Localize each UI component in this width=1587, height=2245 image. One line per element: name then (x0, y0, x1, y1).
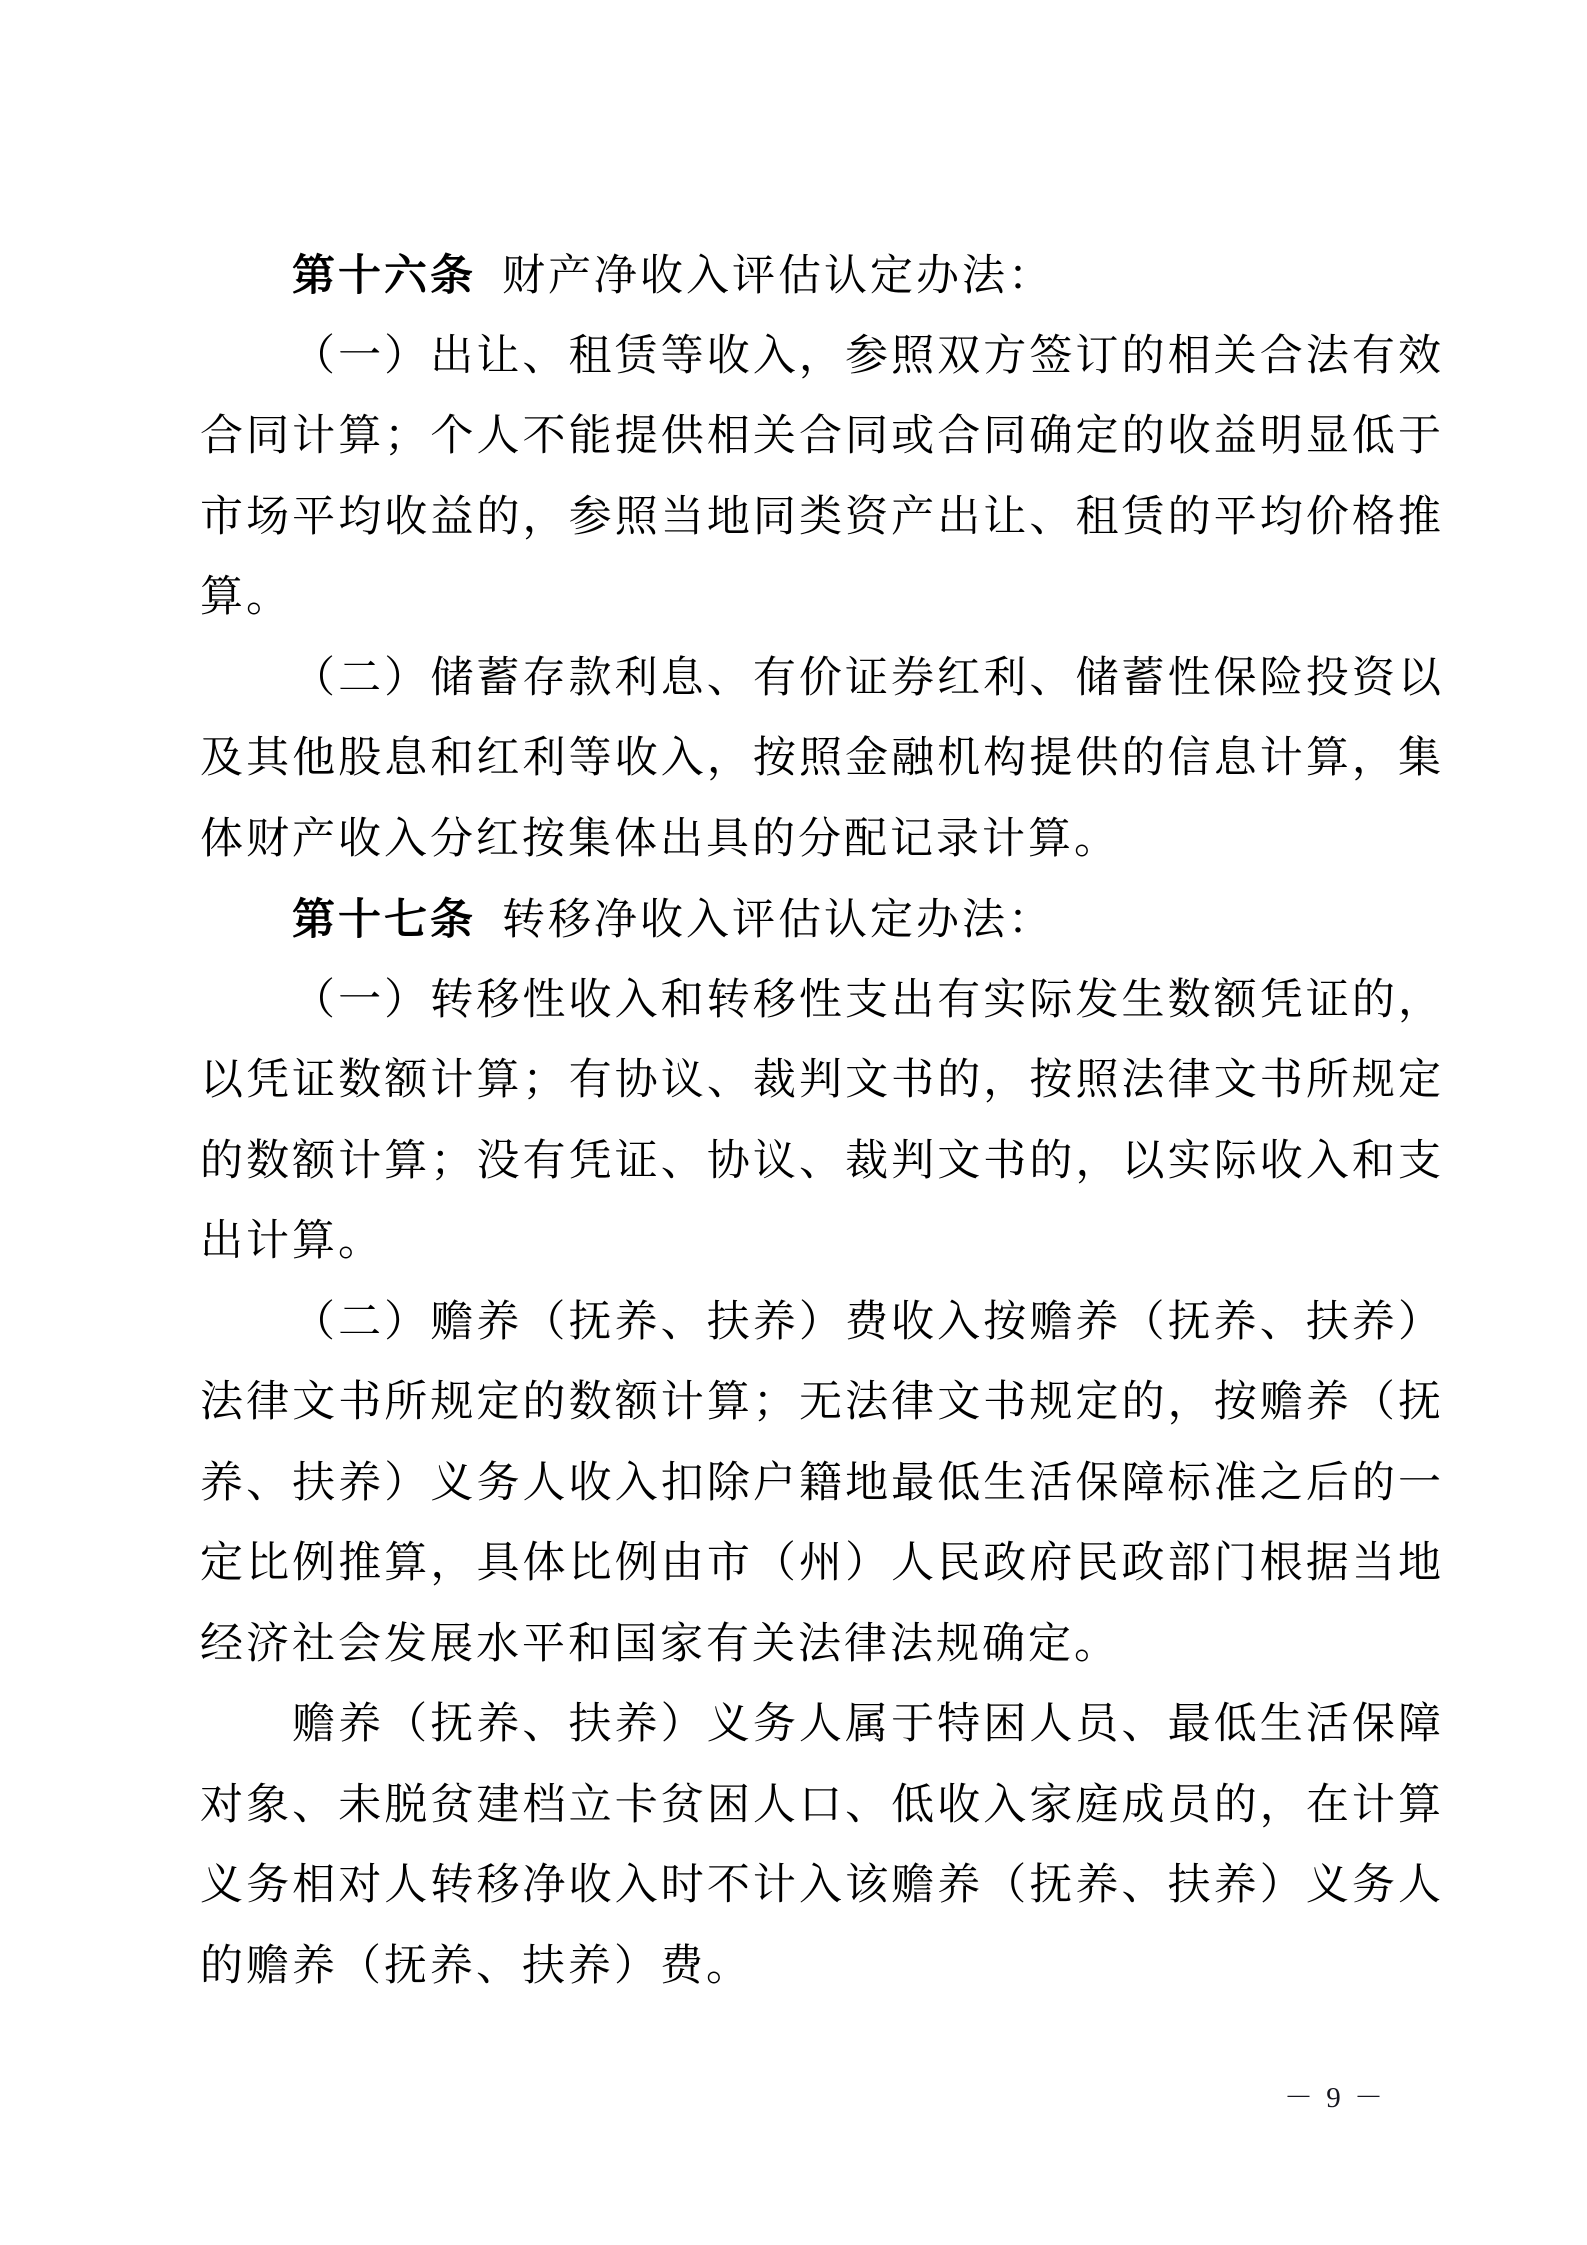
text-line: 及其他股息和红利等收入，按照金融机构提供的信息计算，集 (200, 719, 1444, 800)
text-line: 经济社会发展水平和国家有关法律法规确定。 (200, 1605, 1444, 1686)
text-line: （二）赡养（抚养、扶养）费收入按赡养（抚养、扶养） (200, 1283, 1444, 1364)
page-number: － 9 － (1284, 2076, 1386, 2120)
text-line: （一）出让、租赁等收入，参照双方签订的相关合法有效 (200, 317, 1444, 398)
article-17-heading-line: 第十七条转移净收入评估认定办法： (200, 880, 1444, 961)
article-title: 财产净收入评估认定办法： (502, 253, 1054, 300)
text-line: 算。 (200, 558, 1444, 639)
text-line: 体财产收入分红按集体出具的分配记录计算。 (200, 800, 1444, 881)
text-line: 市场平均收益的，参照当地同类资产出让、租赁的平均价格推 (200, 478, 1444, 559)
text-line: （一）转移性收入和转移性支出有实际发生数额凭证的， (200, 961, 1444, 1042)
text-line: 的赡养（抚养、扶养）费。 (200, 1927, 1444, 2008)
text-line: 出计算。 (200, 1202, 1444, 1283)
text-line: 的数额计算；没有凭证、协议、裁判文书的，以实际收入和支 (200, 1122, 1444, 1203)
article-number: 第十七条 (292, 896, 476, 944)
article-16-heading-line: 第十六条财产净收入评估认定办法： (200, 236, 1444, 317)
article-title: 转移净收入评估认定办法： (502, 897, 1054, 944)
text-line: 法律文书所规定的数额计算；无法律文书规定的，按赡养（抚 (200, 1363, 1444, 1444)
text-line: （二）储蓄存款利息、有价证券红利、储蓄性保险投资以 (200, 639, 1444, 720)
text-line: 养、扶养）义务人收入扣除户籍地最低生活保障标准之后的一 (200, 1444, 1444, 1525)
text-line: 赡养（抚养、扶养）义务人属于特困人员、最低生活保障 (200, 1685, 1444, 1766)
text-line: 以凭证数额计算；有协议、裁判文书的，按照法律文书所规定 (200, 1041, 1444, 1122)
text-line: 义务相对人转移净收入时不计入该赡养（抚养、扶养）义务人 (200, 1846, 1444, 1927)
document-body: 第十六条财产净收入评估认定办法： （一）出让、租赁等收入，参照双方签订的相关合法… (200, 236, 1444, 2007)
text-line: 对象、未脱贫建档立卡贫困人口、低收入家庭成员的，在计算 (200, 1766, 1444, 1847)
text-line: 合同计算；个人不能提供相关合同或合同确定的收益明显低于 (200, 397, 1444, 478)
article-number: 第十六条 (292, 252, 476, 300)
text-line: 定比例推算，具体比例由市（州）人民政府民政部门根据当地 (200, 1524, 1444, 1605)
